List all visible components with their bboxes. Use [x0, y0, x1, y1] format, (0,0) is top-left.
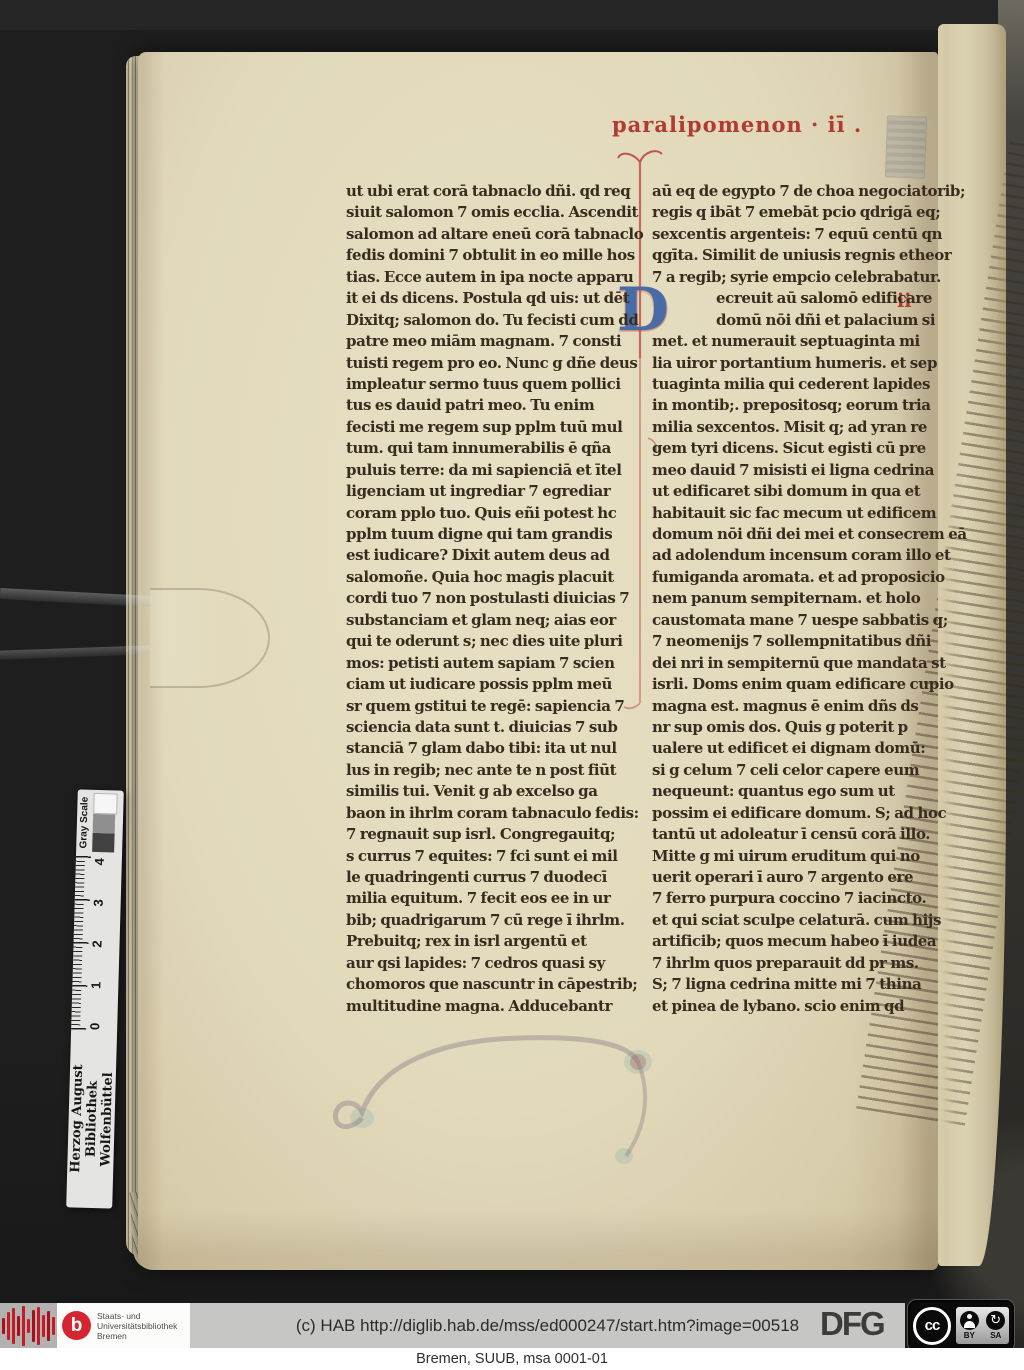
- gray-patch-dark: [92, 833, 115, 853]
- manuscript-line: regis q ibāt 7 emebāt pcio qdrigā eq;: [652, 202, 942, 223]
- manuscript-line: nequeunt: quantus ego sum ut: [652, 781, 942, 802]
- suub-library-name: Staats- und Universitätsbibliothek Breme…: [97, 1311, 177, 1341]
- ruler-institution: Herzog August Bibliothek Wolfenbüttel: [66, 1029, 117, 1208]
- manuscript-line: salomoñe. Quia hoc magis placuit: [346, 567, 644, 588]
- suub-library-line1: Staats- und: [97, 1311, 177, 1321]
- manuscript-line: tum. qui tam innumerabilis ē qña: [346, 438, 644, 459]
- manuscript-line: nr sup omis dos. Quis g poterit p: [652, 717, 942, 738]
- manuscript-line: patre meo miām magnam. 7 consti: [346, 331, 644, 352]
- manuscript-line: habitauit sic fac mecum ut edificem: [652, 503, 942, 524]
- manuscript-line: gem tyri dicens. Sicut egisti cū pre: [652, 438, 942, 459]
- manuscript-line: s currus 7 equites: 7 fci sunt ei mil: [346, 846, 644, 867]
- next-page-shading: [938, 24, 1006, 1266]
- cc-by-label: BY: [964, 1331, 975, 1340]
- ruler-number: 1: [88, 981, 103, 989]
- ruler-number: 3: [91, 899, 106, 907]
- cc-sa-label: SA: [990, 1331, 1001, 1340]
- manuscript-line: 7 neomenijs 7 sollempnitatibus dñi: [652, 631, 942, 652]
- caption-strip: Bremen, SUUB, msa 0001-01: [0, 1348, 1024, 1370]
- manuscript-line: bib; quadrigarum 7 cū rege ī ihrlm.: [346, 910, 644, 931]
- rubric-heading: paralipomenon · iī .: [612, 112, 862, 137]
- manuscript-line: milia equitum. 7 fecit eos ee in ur: [346, 888, 644, 909]
- next-page-edge: [938, 24, 1006, 1266]
- manuscript-line: tuaginta milia qui cederent lapides: [652, 374, 942, 395]
- manuscript-line: siuit salomon 7 omis ecclia. Ascendit: [346, 202, 644, 223]
- manuscript-line: substanciam et glam neq; aias eor: [346, 610, 644, 631]
- manuscript-line: multitudine magna. Adducebantr: [346, 996, 644, 1017]
- cc-sa-item: ↻ SA: [986, 1311, 1005, 1340]
- manuscript-line: cordi tuo 7 non postulasti diuicias 7: [346, 588, 644, 609]
- cc-by-item: BY: [960, 1311, 979, 1340]
- manuscript-line: le quadringenti currus 7 duodecī: [346, 867, 644, 888]
- manuscript-line: qgīta. Similit de uniusis regnis etheor: [652, 245, 942, 266]
- manuscript-line: ut edificaret sibi domum in qua et: [652, 481, 942, 502]
- copyright-band: (c) HAB http://diglib.hab.de/mss/ed00024…: [190, 1303, 905, 1348]
- ruler-number: 4: [92, 858, 107, 866]
- manuscript-line: sr quem gstitui te regē: sapiencia 7: [346, 696, 644, 717]
- manuscript-line: ut ubi erat corā tabnaclo dñi. qd req: [346, 181, 644, 202]
- manuscript-line: aur qsi lapides: 7 cedros quasi sy: [346, 953, 644, 974]
- manuscript-line: ecreuit aū salomō edificare: [652, 288, 942, 309]
- manuscript-line: tias. Ecce autem in ipa nocte apparu: [346, 267, 644, 288]
- manuscript-line: lia uiror portantium humeris. et sep: [652, 353, 942, 374]
- manuscript-line: uerit operari ī auro 7 argento ere: [652, 867, 942, 888]
- manuscript-line: si g celum 7 celi celor capere eum: [652, 760, 942, 781]
- shelfmark-caption: Bremen, SUUB, msa 0001-01: [416, 1351, 608, 1367]
- manuscript-line: similis tui. Venit g ab excelso ga: [346, 781, 644, 802]
- manuscript-line: ciam ut iudicare possis pplm meū: [346, 674, 644, 695]
- manuscript-line: chomoros que nascuntr in cāpestrib;: [346, 974, 644, 995]
- manuscript-line: 7 ihrlm quos preparauit dd pr ms.: [652, 953, 942, 974]
- cc-license-badge: cc BY ↻ SA: [908, 1300, 1014, 1351]
- manuscript-line: ad adolendum incensum coram illo et: [652, 545, 942, 566]
- right-column: aū eq de egypto 7 de choa negociatorib;r…: [652, 181, 942, 1017]
- manuscript-line: met. et numerauit septuaginta mi: [652, 331, 942, 352]
- manuscript-line: coram pplo tuo. Quis eñi potest hc: [346, 503, 644, 524]
- manuscript-line: salomon ad altare eneū corā tabnaclo: [346, 224, 644, 245]
- left-column: ut ubi erat corā tabnaclo dñi. qd reqsiu…: [346, 181, 644, 1017]
- faded-stamp: [885, 115, 927, 178]
- gray-scale-label: Gray Scale: [78, 789, 91, 855]
- manuscript-line: fecisti me regem sup pplm tuū mul: [346, 417, 644, 438]
- cc-by-person-icon: [960, 1311, 979, 1330]
- ruler-institution-line1: Herzog August Bibliothek: [67, 1029, 102, 1208]
- gray-patch-mid: [93, 814, 116, 834]
- cc-by-sa-panel: BY ↻ SA: [956, 1307, 1009, 1344]
- manuscript-line: fedis domini 7 obtulit in eo mille hos: [346, 245, 644, 266]
- manuscript-line: mos: petisti autem sapiam 7 scien: [346, 653, 644, 674]
- manuscript-line: est iudicare? Dixit autem deus ad: [346, 545, 644, 566]
- grayscale-ruler: Herzog August Bibliothek Wolfenbüttel 01…: [66, 789, 124, 1208]
- manuscript-line: meo dauid 7 misisti ei ligna cedrina: [652, 460, 942, 481]
- manuscript-line: et qui sciat sculpe celaturā. cum hijs: [652, 910, 942, 931]
- cc-sa-arrow-icon: ↻: [986, 1311, 1005, 1330]
- manuscript-line: isrli. Doms enim quam edificare cupio: [652, 674, 942, 695]
- manuscript-line: ualere ut edificet ei dignam domū:: [652, 738, 942, 759]
- manuscript-line: artificib; quos mecum habeo ī iudea: [652, 931, 942, 952]
- manuscript-line: lus in regib; nec ante te n post fiūt: [346, 760, 644, 781]
- manuscript-line: domum nōi dñi dei mei et consecrem eā: [652, 524, 942, 545]
- suub-library-line3: Bremen: [97, 1331, 177, 1341]
- manuscript-line: baon in ihrlm coram tabnaculo fedis:: [346, 803, 644, 824]
- manuscript-line: puluis terre: da mi sapienciā et ītel: [346, 460, 644, 481]
- manuscript-line: it ei ds dicens. Postula qd uis: ut dēt: [346, 288, 644, 309]
- ruler-content: Herzog August Bibliothek Wolfenbüttel 01…: [66, 789, 124, 1208]
- manuscript-line: sciencia data sunt t. diuicias 7 sub: [346, 717, 644, 738]
- manuscript-line: Dixitq; salomon do. Tu fecisti cum dd: [346, 310, 644, 331]
- manuscript-line: sexcentis argenteis: 7 equū centū qn: [652, 224, 942, 245]
- manuscript-line: caustomata mane 7 uespe sabbatis q;: [652, 610, 942, 631]
- manuscript-line: tus es dauid patri meo. Tu enim: [346, 395, 644, 416]
- manuscript-line: pplm tuum digne qui tam grandis: [346, 524, 644, 545]
- manuscript-line: Mitte g mi uirum eruditum qui no: [652, 846, 942, 867]
- manuscript-line: possim ei edificare domum. S; ad hoc: [652, 803, 942, 824]
- gray-scale-target: Gray Scale: [76, 789, 124, 856]
- gray-patch-white: [93, 793, 118, 815]
- manuscript-line: stanciā 7 glam dabo tibi: ita ut nul: [346, 738, 644, 759]
- suub-bremen-block: b Staats- und Universitätsbibliothek Bre…: [57, 1303, 190, 1348]
- ruler-scale: 01234: [71, 855, 122, 1030]
- dfg-logo: DFG: [820, 1305, 884, 1343]
- manuscript-line: milia sexcentos. Misit q; ad yran re: [652, 417, 942, 438]
- suub-logo-icon: [0, 1303, 57, 1348]
- manuscript-line: in montib;. prepositosq; eorum tria: [652, 395, 942, 416]
- manuscript-line: fumiganda aromata. et ad proposicio: [652, 567, 942, 588]
- cc-logo-icon: cc: [913, 1307, 951, 1345]
- manuscript-line: qui te oderunt s; nec dies uite pluri: [346, 631, 644, 652]
- manuscript-line: 7 ferro purpura coccino 7 iacincto.: [652, 888, 942, 909]
- manuscript-line: tuisti regem pro eo. Nunc g dñe deus: [346, 353, 644, 374]
- manuscript-line: S; 7 ligna cedrina mitte mi 7 thina: [652, 974, 942, 995]
- ruler-number: 0: [87, 1023, 102, 1031]
- suub-library-line2: Universitätsbibliothek: [97, 1321, 177, 1331]
- manuscript-line: ligenciam ut ingrediar 7 egrediar: [346, 481, 644, 502]
- manuscript-line: nem panum sempiternam. et holo: [652, 588, 942, 609]
- ruler-number: 2: [89, 940, 104, 948]
- digitized-manuscript-photo: paralipomenon · iī . ii D ut ubi erat co…: [0, 0, 1024, 1370]
- manuscript-line: et pinea de lybano. scio enim qd: [652, 996, 942, 1017]
- manuscript-line: 7 regnauit sup isrl. Congregauitq;: [346, 824, 644, 845]
- manuscript-line: impleatur sermo tuus quem pollici: [346, 374, 644, 395]
- gray-scale-patches: [92, 790, 118, 857]
- copyright-url-text: (c) HAB http://diglib.hab.de/mss/ed00024…: [296, 1316, 799, 1336]
- manuscript-line: magna est. magnus ē enim dñs ds: [652, 696, 942, 717]
- manuscript-line: 7 a regib; syrie empcio celebrabatur.: [652, 267, 942, 288]
- manuscript-line: tantū ut adoleatur ī censū corā illo.: [652, 824, 942, 845]
- manuscript-line: domū nōi dñi et palacium si: [652, 310, 942, 331]
- suub-b-logo-icon: b: [62, 1311, 91, 1340]
- manuscript-line: dei nri in sempiternū que mandata st: [652, 653, 942, 674]
- manuscript-line: Prebuitq; rex in isrl argentū et: [346, 931, 644, 952]
- manuscript-line: aū eq de egypto 7 de choa negociatorib;: [652, 181, 942, 202]
